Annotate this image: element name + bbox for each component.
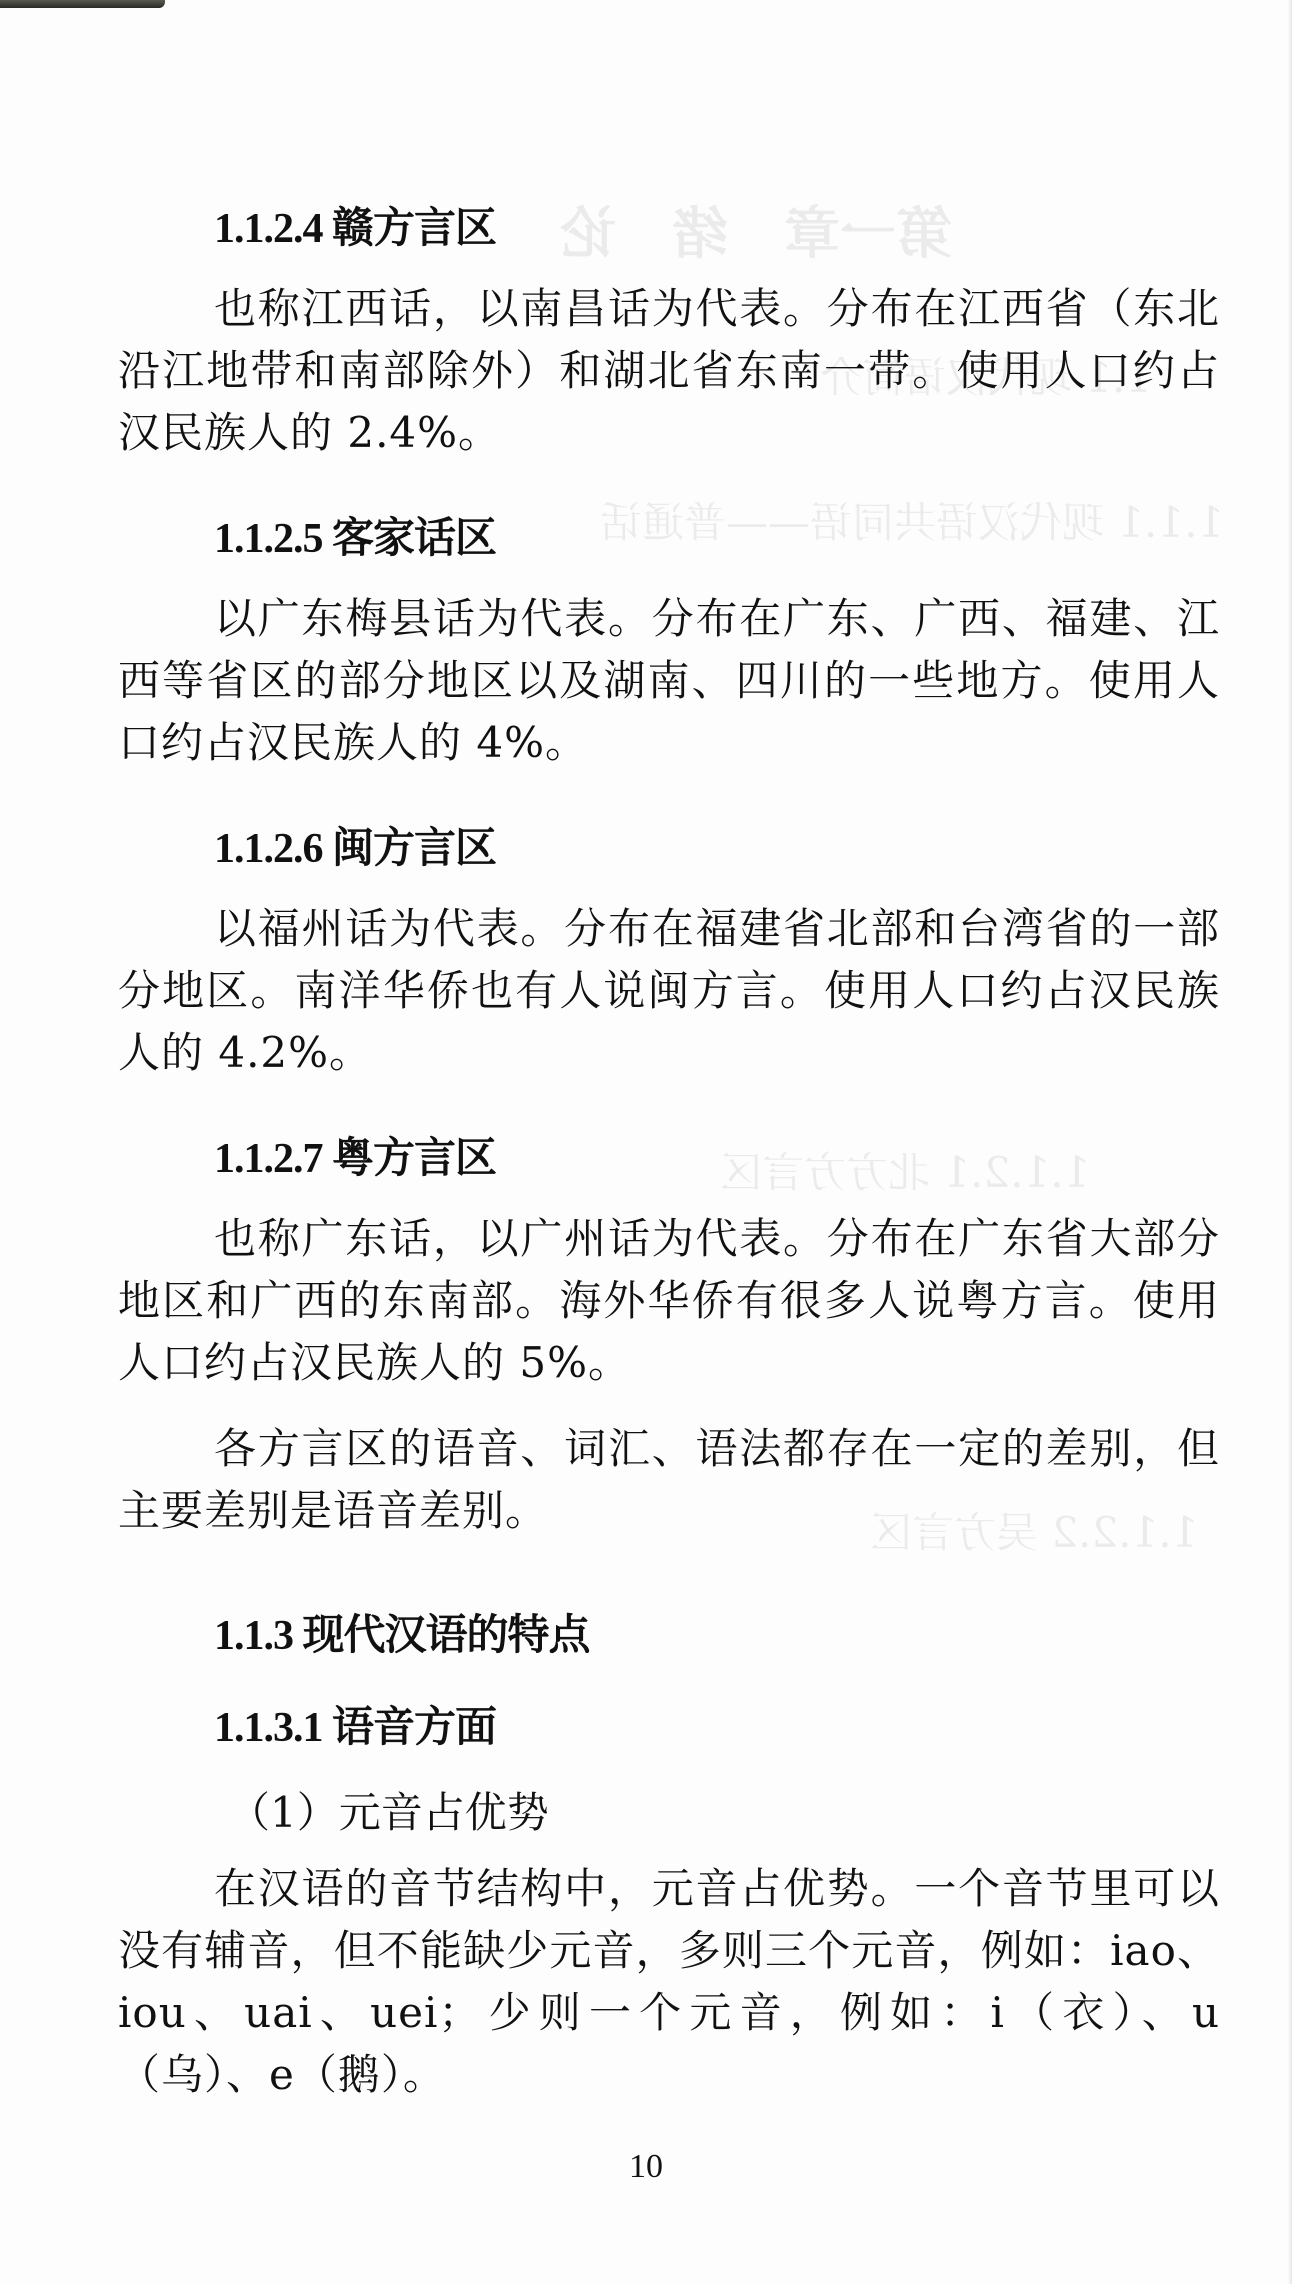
- list-item-vowel-dominance: （1）元音占优势: [228, 1780, 549, 1840]
- section-heading-1-1-3-1: 1.1.3.1 语音方面: [214, 1694, 496, 1754]
- section-text-1-1-3-1: 在汉语的音节结构中，元音占优势。一个音节里可以没有辅音，但不能缺少元音，多则三个…: [118, 1858, 1220, 2106]
- section-text-1-1-2-7: 也称广东话，以广州话为代表。分布在广东省大部分地区和广西的东南部。海外华侨有很多…: [118, 1208, 1220, 1394]
- section-text-1-1-2-6: 以福州话为代表。分布在福建省北部和台湾省的一部分地区。南洋华侨也有人说闽方言。使…: [118, 898, 1220, 1084]
- section-heading-1-1-2-7: 1.1.2.7 粤方言区: [214, 1125, 496, 1185]
- scan-right-shadow: [1288, 0, 1292, 2284]
- scan-page-edge: [0, 0, 165, 8]
- section-heading-1-1-2-4: 1.1.2.4 赣方言区: [214, 195, 496, 255]
- section-heading-1-1-2-5: 1.1.2.5 客家话区: [214, 505, 496, 565]
- bleed-through-heading-1-1-1: 1.1.1 现代汉语共同语——普通话: [600, 490, 1224, 550]
- bleed-through-chapter: 第一章 绪 论: [560, 190, 952, 270]
- bleed-through-heading-1-1-2-1: 1.1.2.1 北方方言区: [720, 1140, 1090, 1200]
- summary-paragraph: 各方言区的语音、词汇、语法都存在一定的差别，但主要差别是语音差别。: [118, 1418, 1220, 1542]
- page-number: 10: [0, 2148, 1292, 2186]
- section-text-1-1-2-5: 以广东梅县话为代表。分布在广东、广西、福建、江西等省区的部分地区以及湖南、四川的…: [118, 588, 1220, 774]
- section-heading-1-1-2-6: 1.1.2.6 闽方言区: [214, 815, 496, 875]
- section-text-1-1-2-4: 也称江西话，以南昌话为代表。分布在江西省（东北沿江地带和南部除外）和湖北省东南一…: [118, 278, 1220, 464]
- section-heading-1-1-3: 1.1.3 现代汉语的特点: [214, 1602, 590, 1662]
